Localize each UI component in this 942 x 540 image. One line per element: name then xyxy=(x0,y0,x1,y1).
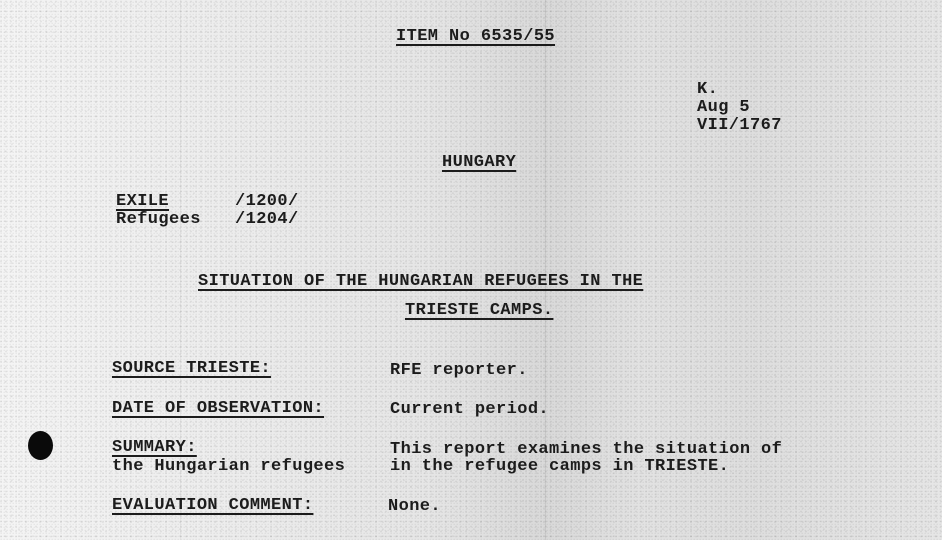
summary-text-line2-right: in the refugee camps in TRIESTE. xyxy=(390,458,729,476)
punch-hole xyxy=(28,431,53,460)
report-title-line1: SITUATION OF THE HUNGARIAN REFUGEES IN T… xyxy=(198,273,643,291)
category-label: Refugees xyxy=(116,211,201,229)
category-code: /1204/ xyxy=(235,211,299,229)
date-label: DATE OF OBSERVATION: xyxy=(112,400,324,418)
source-value: RFE reporter. xyxy=(390,362,528,380)
evaluation-label: EVALUATION COMMENT: xyxy=(112,497,313,515)
summary-text-line2-left: the Hungarian refugees xyxy=(112,458,345,476)
category-label: EXILE xyxy=(116,193,169,211)
item-number: ITEM No 6535/55 xyxy=(396,28,555,46)
date-value: Current period. xyxy=(390,401,549,419)
evaluation-value: None. xyxy=(388,498,441,516)
report-title-line2: TRIESTE CAMPS. xyxy=(405,302,553,320)
country-heading: HUNGARY xyxy=(442,154,516,172)
category-code: /1200/ xyxy=(235,193,299,211)
reference-initial: K. xyxy=(697,81,718,99)
summary-label: SUMMARY: xyxy=(112,439,197,457)
reference-date: Aug 5 xyxy=(697,99,750,117)
source-label: SOURCE TRIESTE: xyxy=(112,360,271,378)
reference-number: VII/1767 xyxy=(697,117,782,135)
